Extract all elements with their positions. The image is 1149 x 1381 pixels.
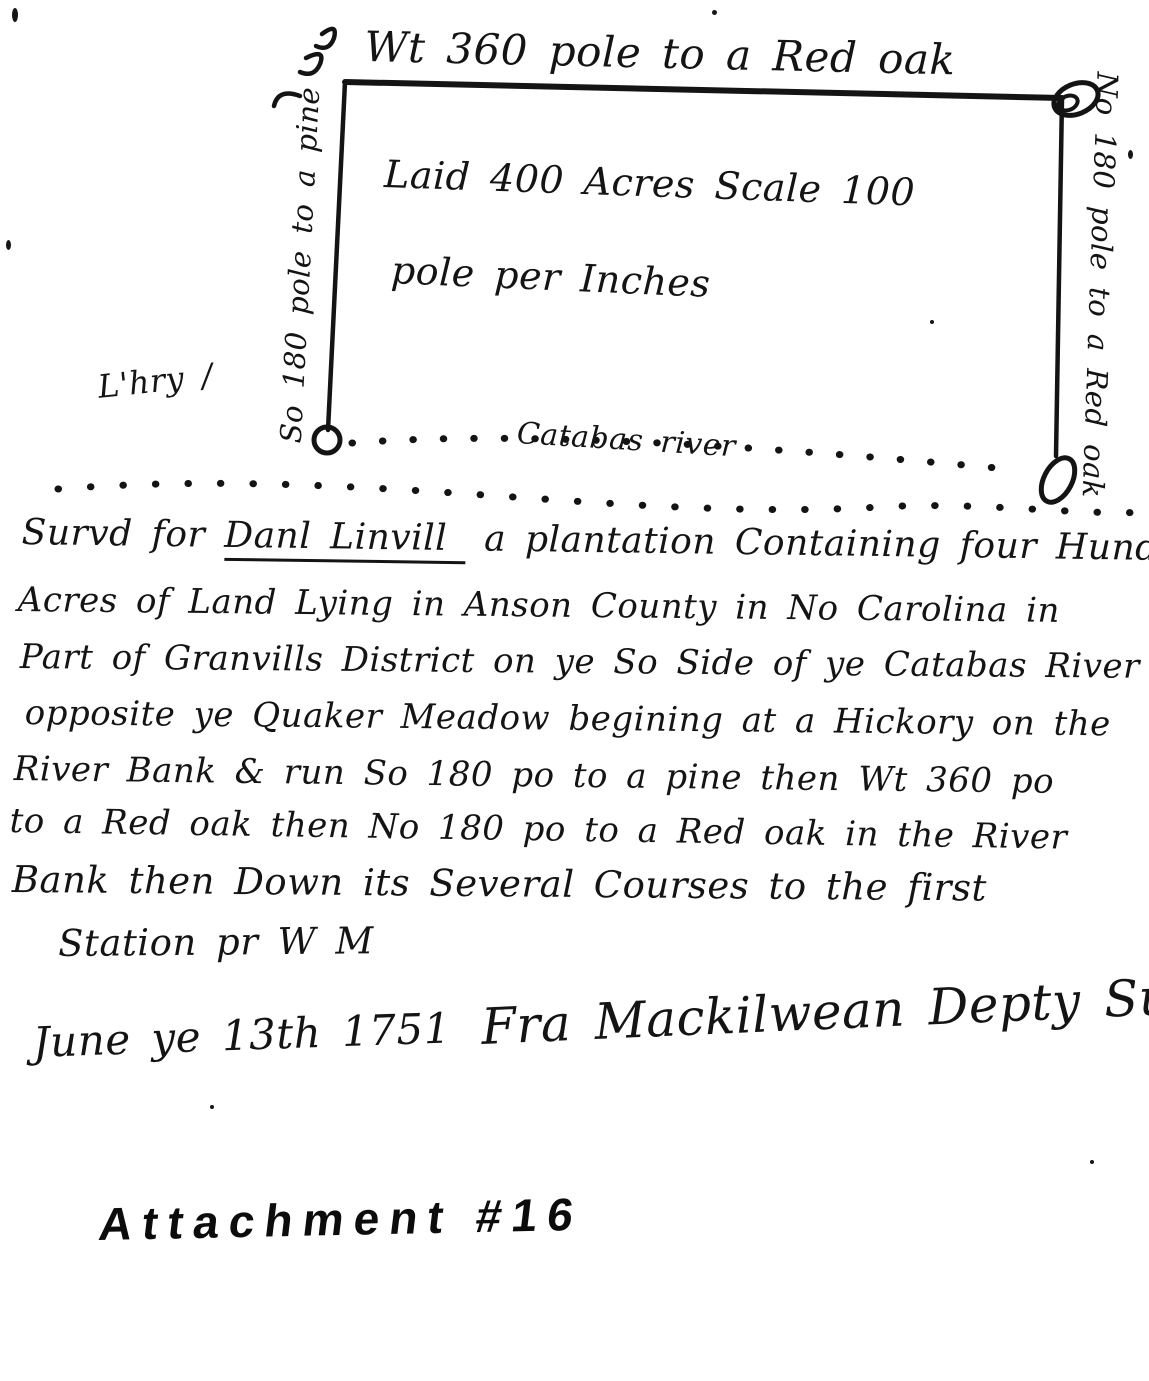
survey-line-4: opposite ye Quaker Meadow begining at a … — [25, 693, 1111, 744]
river-dotted-line-lower — [58, 483, 1146, 512]
surveyor-signature: Fra Mackilwean Depty Surv — [480, 966, 1149, 1056]
survey-line-5: River Bank & run So 180 po to a pine the… — [14, 749, 1055, 802]
attachment-label: Attachment #16 — [96, 1187, 586, 1251]
survey-line-7: Bank then Down its Several Courses to th… — [12, 858, 987, 910]
corner-mark-bottom-right — [1034, 452, 1081, 508]
survey-line-2: Acres of Land Lying in Anson County in N… — [18, 580, 1061, 631]
survey-line-6: to a Red oak then No 180 po to a Red oak… — [9, 801, 1067, 858]
survey-line-8: Station pr W M — [58, 919, 374, 965]
plat-left-boundary-line — [328, 82, 345, 430]
scanned-survey-document: Wt 360 pole to a Red oak So 180 pole to … — [0, 0, 1149, 1381]
scan-speckle — [712, 10, 717, 15]
survey-line-1-rest: a plantation Containing four Hundred — [465, 518, 1149, 570]
scan-speckle — [12, 8, 18, 22]
plat-right-boundary-line — [1056, 98, 1062, 456]
scan-speckle — [210, 1105, 214, 1109]
survey-line-1-prefix: Survd for — [21, 512, 224, 556]
survey-line-3: Part of Granvills District on ye So Side… — [20, 637, 1149, 687]
scan-speckle — [1090, 1160, 1094, 1164]
scan-speckle — [930, 320, 934, 324]
grantee-name: Danl Linvill — [224, 515, 466, 564]
survey-date: June ye 13th 1751 — [32, 1003, 452, 1067]
scan-speckle — [6, 240, 11, 250]
scan-speckle — [1128, 150, 1133, 159]
